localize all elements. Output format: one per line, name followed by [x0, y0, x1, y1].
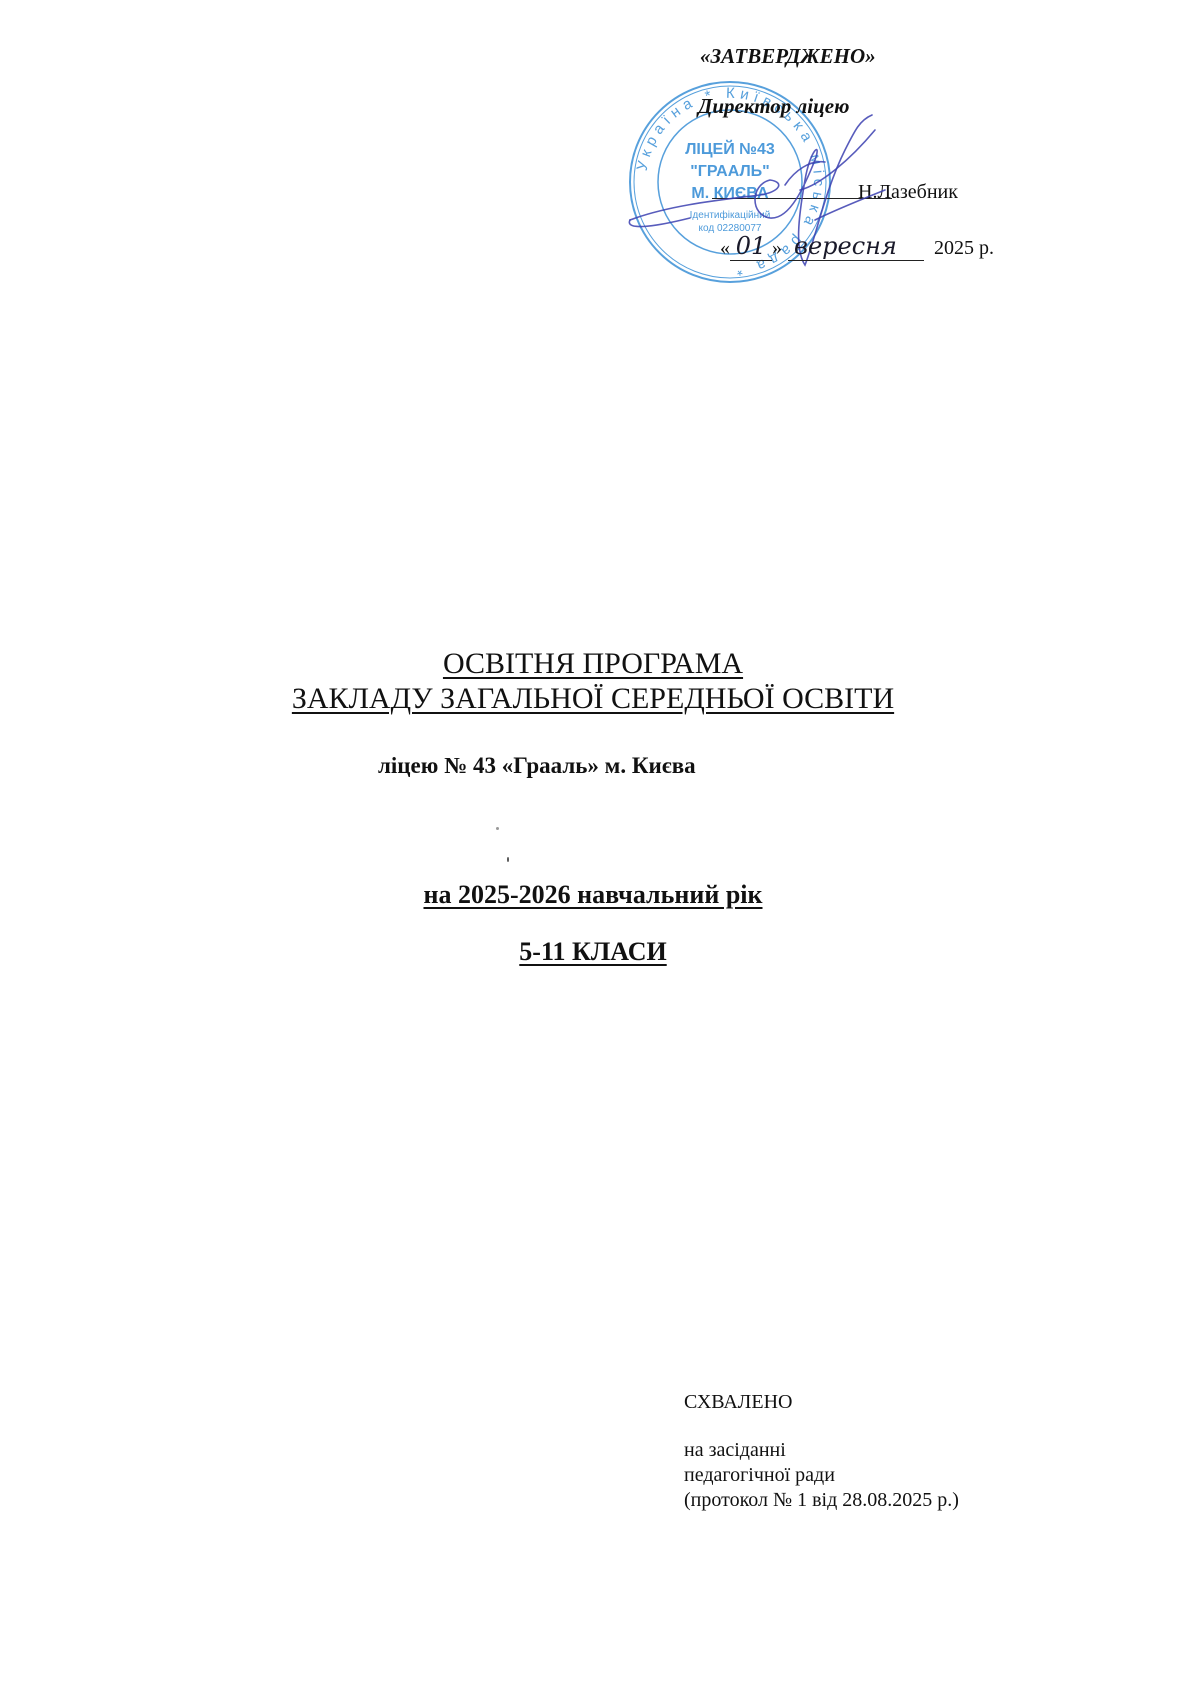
council-meeting-info: на засіданні педагогічної ради (протокол… — [684, 1438, 959, 1513]
scan-speck — [496, 827, 499, 830]
document-title-text-2: ЗАКЛАДУ ЗАГАЛЬНОЇ СЕРЕДНЬОЇ ОСВІТИ — [292, 682, 894, 715]
lyceum-name: ліцею № 43 «Грааль» м. Києва — [378, 753, 696, 779]
date-day: 01 — [730, 232, 772, 261]
approval-date: « 01 » вересня 2025 р. — [720, 232, 994, 261]
document-title-text-1: ОСВІТНЯ ПРОГРАМА — [443, 647, 743, 680]
meeting-line-3: (протокол № 1 від 28.08.2025 р.) — [684, 1488, 959, 1513]
meeting-line-2: педагогічної ради — [684, 1463, 959, 1488]
grades-range-text: 5-11 КЛАСИ — [519, 937, 666, 966]
academic-year: на 2025-2026 навчальний рік — [0, 880, 1186, 910]
date-close-quote: » — [772, 237, 782, 260]
meeting-line-1: на засіданні — [684, 1438, 959, 1463]
document-title-line-2: ЗАКЛАДУ ЗАГАЛЬНОЇ СЕРЕДНЬОЇ ОСВІТИ — [0, 682, 1186, 716]
council-approval-status: СХВАЛЕНО — [684, 1391, 792, 1414]
document-title-line-1: ОСВІТНЯ ПРОГРАМА — [0, 647, 1186, 681]
grades-range: 5-11 КЛАСИ — [0, 937, 1186, 967]
approval-title: «ЗАТВЕРДЖЕНО» — [700, 44, 876, 69]
signature-icon — [610, 90, 940, 310]
scan-speck — [507, 857, 509, 862]
date-open-quote: « — [720, 237, 730, 260]
academic-year-text: на 2025-2026 навчальний рік — [423, 880, 762, 909]
date-month: вересня — [788, 232, 924, 261]
date-year: 2025 р. — [934, 237, 994, 260]
